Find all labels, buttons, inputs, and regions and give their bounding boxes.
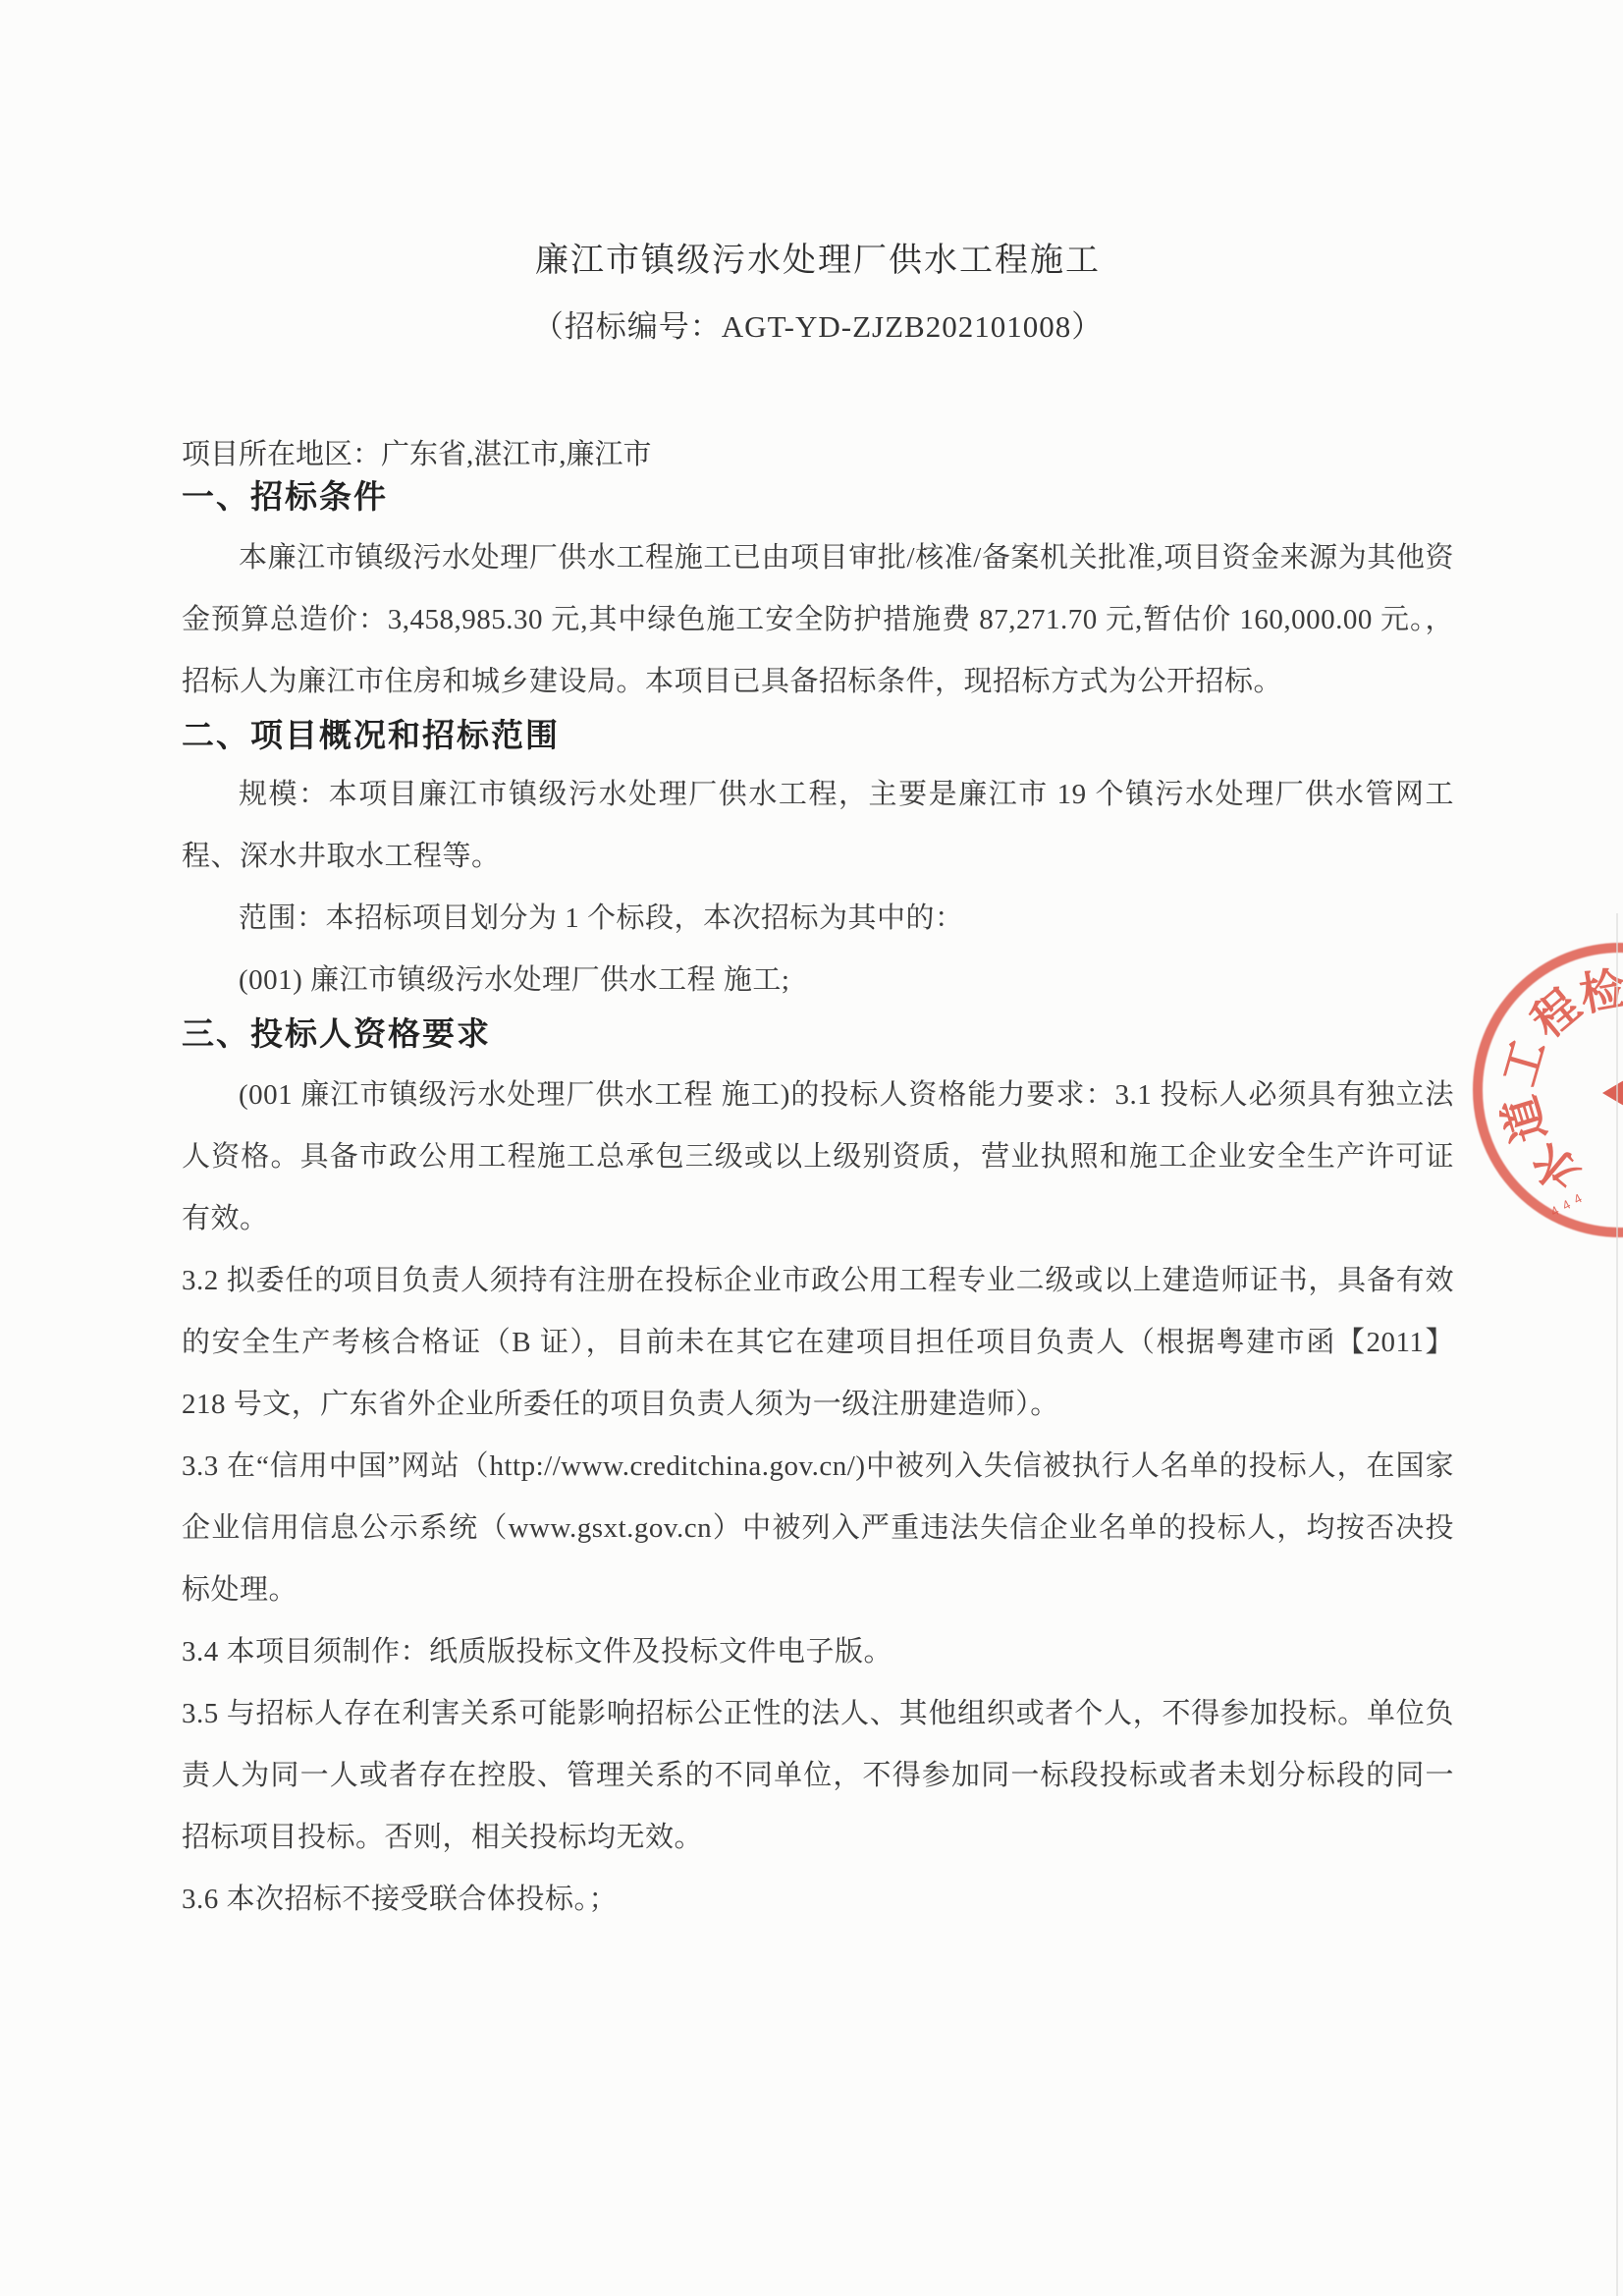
document-title: 廉江市镇级污水处理厂供水工程施工 (182, 239, 1454, 284)
paragraph-scope: 范围：本招标项目划分为 1 个标段，本次招标为其中的： (182, 888, 1454, 950)
section-heading-2: 二、项目概况和招标范围 (182, 713, 1454, 758)
seal-star-triangle-icon (1602, 1080, 1623, 1106)
section-heading-3: 三、投标人资格要求 (182, 1011, 1454, 1057)
project-location-line: 项目所在地区：广东省,湛江市,廉江市 (182, 435, 1454, 474)
section-heading-1: 一、招标条件 (182, 474, 1454, 519)
tender-number-line: （招标编号：AGT-YD-ZJZB202101008） (182, 305, 1454, 349)
seal-serial-marks: 444 (1548, 1188, 1590, 1220)
paragraph-3-3: 3.3 在“信用中国”网站（http://www.creditchina.gov… (182, 1436, 1454, 1621)
paragraph-lot-001: (001) 廉江市镇级污水处理厂供水工程 施工; (182, 950, 1454, 1011)
paragraph-3-5: 3.5 与招标人存在利害关系可能影响招标公正性的法人、其他组织或者个人，不得参加… (182, 1683, 1454, 1869)
page: 廉江市镇级污水处理厂供水工程施工 （招标编号：AGT-YD-ZJZB202101… (0, 0, 1623, 2296)
red-seal-stamp: 水 道 工 程 检 444 (1473, 943, 1623, 1237)
paragraph-3-6: 3.6 本次招标不接受联合体投标。； (182, 1869, 1454, 1931)
paragraph-3-2: 3.2 拟委任的项目负责人须持有注册在投标企业市政公用工程专业二级或以上建造师证… (182, 1250, 1454, 1436)
document-body: 廉江市镇级污水处理厂供水工程施工 （招标编号：AGT-YD-ZJZB202101… (182, 0, 1454, 1931)
paragraph-3-4: 3.4 本项目须制作：纸质版投标文件及投标文件电子版。 (182, 1621, 1454, 1683)
seal-ring (1473, 943, 1623, 1237)
paragraph-tender-conditions: 本廉江市镇级污水处理厂供水工程施工已由项目审批/核准/备案机关批准,项目资金来源… (182, 527, 1454, 713)
paragraph-3-1: (001 廉江市镇级污水处理厂供水工程 施工)的投标人资格能力要求：3.1 投标… (182, 1065, 1454, 1250)
scan-page-edge-line (1616, 913, 1618, 2296)
paragraph-scale: 规模：本项目廉江市镇级污水处理厂供水工程，主要是廉江市 19 个镇污水处理厂供水… (182, 764, 1454, 888)
